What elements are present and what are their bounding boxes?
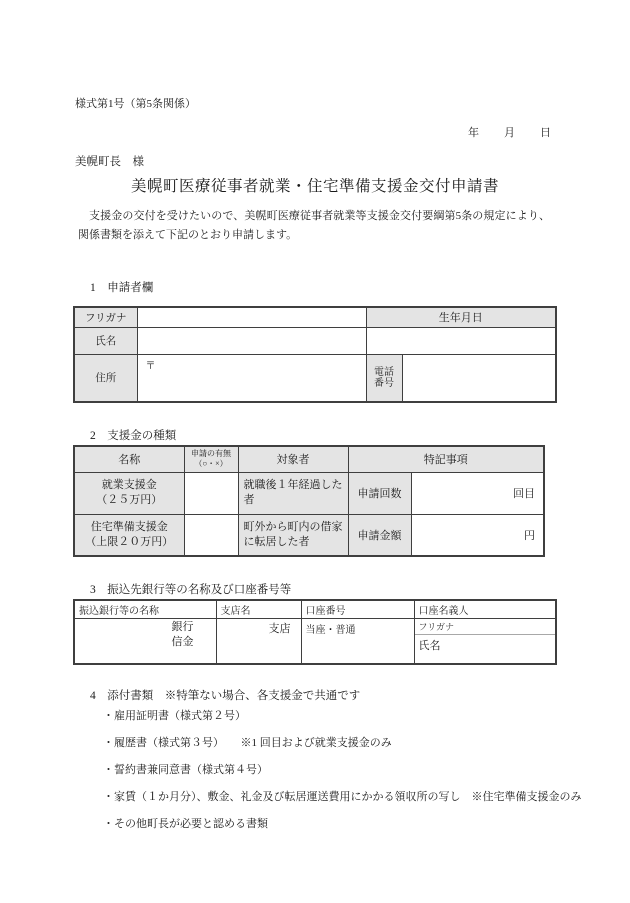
branch-field: 支店 — [216, 619, 301, 664]
grant-type-table: 名称 申請の有無 （○・×） 対象者 特記事項 就業支援金 （２５万円） 就職後… — [73, 445, 545, 557]
attachment-item: ・家賃（１か月分）、敷金、礼金及び転居運送費用にかかる領収所の写し ※住宅準備支… — [103, 784, 582, 811]
col-header-branch: 支店名 — [216, 600, 301, 619]
form-number: 様式第1号（第5条関係） — [75, 95, 196, 111]
section-1-heading: 1 申請者欄 — [90, 279, 153, 295]
addressee: 美幌町長 様 — [75, 153, 144, 169]
note-label: 申請金額 — [348, 514, 411, 556]
col-header-account-holder: 口座名義人 — [414, 600, 556, 619]
section-2-heading: 2 支援金の種類 — [90, 427, 176, 443]
section-4-heading: 4 添付書類 ※特筆ない場合、各支援金で共通です — [90, 687, 360, 703]
birthdate-field — [366, 327, 556, 354]
address-field: 〒 — [137, 354, 366, 402]
date-line: 年 月 日 — [468, 124, 552, 140]
attachment-item: ・履歴書（様式第３号） ※1 回目および就業支援金のみ — [103, 730, 582, 757]
intro-paragraph: 支援金の交付を受けたいので、美幌町医療従事者就業等支援金交付要綱第5条の規定によ… — [78, 207, 550, 245]
form-title: 美幌町医療従事者就業・住宅準備支援金交付申請書 — [0, 174, 630, 196]
furigana-label: フリガナ — [74, 307, 137, 327]
note-value-field: 円 — [411, 514, 544, 556]
grant-target: 町外から町内の借家に転居した者 — [238, 514, 348, 556]
phone-label: 電話 番号 — [366, 354, 402, 402]
section-3-heading: 3 振込先銀行等の名称及び口座番号等 — [90, 581, 291, 597]
col-header-bank-name: 振込銀行等の名称 — [74, 600, 216, 619]
furigana-field — [137, 307, 366, 327]
applicant-table: フリガナ 生年月日 氏名 住所 〒 電話 番号 — [73, 306, 557, 403]
grant-target: 就職後１年経過した者 — [238, 472, 348, 514]
account-holder-field: フリガナ 氏名 — [414, 619, 556, 664]
bank-table: 振込銀行等の名称 支店名 口座番号 口座名義人 銀行 信金 支店 当座・普通 フ… — [73, 599, 557, 665]
attachment-item: ・誓約書兼同意書（様式第４号） — [103, 757, 582, 784]
name-label: 氏名 — [74, 327, 137, 354]
note-label: 申請回数 — [348, 472, 411, 514]
attachment-list: ・雇用証明書（様式第２号） ・履歴書（様式第３号） ※1 回目および就業支援金の… — [103, 703, 582, 838]
applied-field — [184, 514, 238, 556]
col-header-name: 名称 — [74, 446, 184, 472]
grant-name: 就業支援金 （２５万円） — [74, 472, 184, 514]
attachment-item: ・雇用証明書（様式第２号） — [103, 703, 582, 730]
col-header-notes: 特記事項 — [348, 446, 544, 472]
col-header-target: 対象者 — [238, 446, 348, 472]
document-page: 様式第1号（第5条関係） 年 月 日 美幌町長 様 美幌町医療従事者就業・住宅準… — [0, 0, 630, 903]
phone-field — [402, 354, 556, 402]
grant-row-housing: 住宅準備支援金 （上限２０万円） 町外から町内の借家に転居した者 申請金額 円 — [74, 514, 544, 556]
grant-name: 住宅準備支援金 （上限２０万円） — [74, 514, 184, 556]
account-number-field: 当座・普通 — [301, 619, 414, 664]
note-value-field: 回目 — [411, 472, 544, 514]
col-header-account-number: 口座番号 — [301, 600, 414, 619]
bank-name-field: 銀行 信金 — [74, 619, 216, 664]
applied-field — [184, 472, 238, 514]
holder-name-label: 氏名 — [415, 635, 556, 653]
address-label: 住所 — [74, 354, 137, 402]
holder-furigana-label: フリガナ — [415, 619, 556, 635]
col-header-applied: 申請の有無 （○・×） — [184, 446, 238, 472]
attachment-item: ・その他町長が必要と認める書類 — [103, 811, 582, 838]
postal-mark: 〒 — [146, 361, 156, 372]
birthdate-label: 生年月日 — [366, 307, 556, 327]
grant-row-employment: 就業支援金 （２５万円） 就職後１年経過した者 申請回数 回目 — [74, 472, 544, 514]
name-field — [137, 327, 366, 354]
